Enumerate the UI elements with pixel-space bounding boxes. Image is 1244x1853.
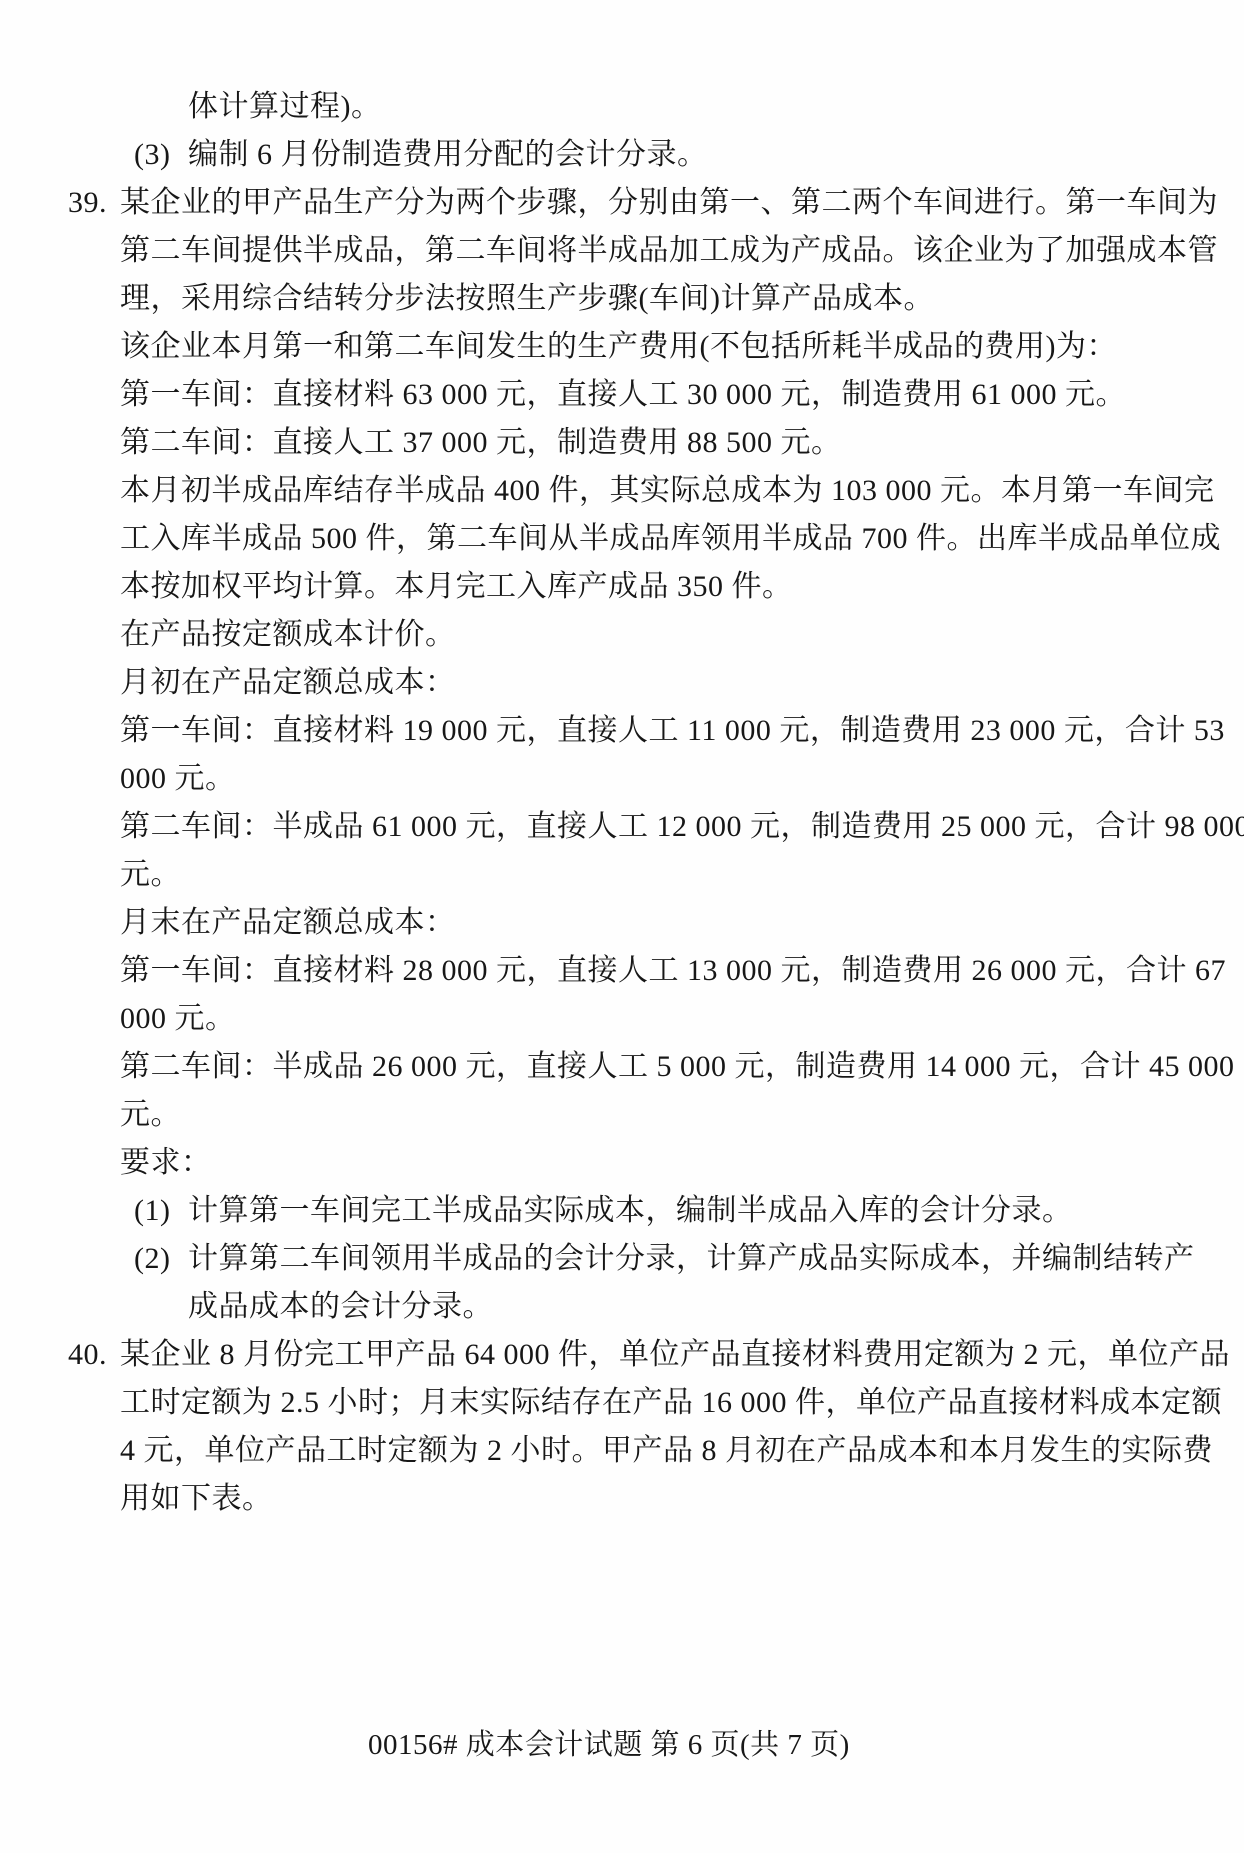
line-text: 理，采用综合结转分步法按照生产步骤(车间)计算产品成本。 [120, 282, 934, 315]
line-text: 元。 [120, 858, 181, 891]
text-line: 000 元。 [0, 755, 1244, 803]
text-line: 000 元。 [0, 995, 1244, 1043]
line-text: 第二车间：直接人工 37 000 元，制造费用 88 500 元。 [120, 426, 842, 459]
line-text: 编制 6 月份制造费用分配的会计分录。 [188, 138, 708, 171]
line-text: 计算第一车间完工半成品实际成本，编制半成品入库的会计分录。 [188, 1194, 1073, 1227]
line-text: 000 元。 [120, 1002, 236, 1035]
line-text: 第二车间：半成品 61 000 元，直接人工 12 000 元，制造费用 25 … [120, 810, 1244, 843]
text-line: 在产品按定额成本计价。 [0, 611, 1244, 659]
exam-page: 体计算过程)。(3)编制 6 月份制造费用分配的会计分录。39.某企业的甲产品生… [0, 0, 1244, 1853]
line-text: 工入库半成品 500 件，第二车间从半成品库领用半成品 700 件。出库半成品单… [120, 522, 1221, 555]
line-text: 第一车间：直接材料 19 000 元，直接人工 11 000 元，制造费用 23… [120, 714, 1225, 747]
line-text: 工时定额为 2.5 小时；月末实际结存在产品 16 000 件，单位产品直接材料… [120, 1386, 1222, 1419]
sub-item-number: (2) [134, 1235, 188, 1283]
line-text: 某企业的甲产品生产分为两个步骤，分别由第一、第二两个车间进行。第一车间为 [120, 186, 1218, 219]
text-line: 本按加权平均计算。本月完工入库产成品 350 件。 [0, 563, 1244, 611]
text-line: 用如下表。 [0, 1475, 1244, 1523]
text-line: 第二车间：直接人工 37 000 元，制造费用 88 500 元。 [0, 419, 1244, 467]
text-line: 39.某企业的甲产品生产分为两个步骤，分别由第一、第二两个车间进行。第一车间为 [0, 179, 1244, 227]
text-line: 第一车间：直接材料 19 000 元，直接人工 11 000 元，制造费用 23… [0, 707, 1244, 755]
line-text: 要求： [120, 1146, 212, 1179]
text-line: (1)计算第一车间完工半成品实际成本，编制半成品入库的会计分录。 [0, 1187, 1244, 1235]
text-line: 该企业本月第一和第二车间发生的生产费用(不包括所耗半成品的费用)为： [0, 323, 1244, 371]
text-line: 40.某企业 8 月份完工甲产品 64 000 件，单位产品直接材料费用定额为 … [0, 1331, 1244, 1379]
text-line: 4 元，单位产品工时定额为 2 小时。甲产品 8 月初在产品成本和本月发生的实际… [0, 1427, 1244, 1475]
text-line: 要求： [0, 1139, 1244, 1187]
text-line: 理，采用综合结转分步法按照生产步骤(车间)计算产品成本。 [0, 275, 1244, 323]
text-line: 第一车间：直接材料 63 000 元，直接人工 30 000 元，制造费用 61… [0, 371, 1244, 419]
text-line: 月末在产品定额总成本： [0, 899, 1244, 947]
text-line: (2)计算第二车间领用半成品的会计分录，计算产成品实际成本，并编制结转产 [0, 1235, 1244, 1283]
line-text: 本按加权平均计算。本月完工入库产成品 350 件。 [120, 570, 793, 603]
line-text: 月初在产品定额总成本： [120, 666, 456, 699]
question-number: 40. [68, 1331, 120, 1379]
line-text: 本月初半成品库结存半成品 400 件，其实际总成本为 103 000 元。本月第… [120, 474, 1215, 507]
line-text: 体计算过程)。 [188, 90, 382, 123]
line-text: 成品成本的会计分录。 [188, 1290, 493, 1323]
text-line: (3)编制 6 月份制造费用分配的会计分录。 [0, 131, 1244, 179]
page-footer: 00156# 成本会计试题 第 6 页(共 7 页) [368, 1721, 850, 1769]
text-line: 第一车间：直接材料 28 000 元，直接人工 13 000 元，制造费用 26… [0, 947, 1244, 995]
line-text: 该企业本月第一和第二车间发生的生产费用(不包括所耗半成品的费用)为： [120, 330, 1117, 363]
text-line: 工时定额为 2.5 小时；月末实际结存在产品 16 000 件，单位产品直接材料… [0, 1379, 1244, 1427]
line-text: 第二车间提供半成品，第二车间将半成品加工成为产成品。该企业为了加强成本管 [120, 234, 1218, 267]
text-line: 体计算过程)。 [0, 83, 1244, 131]
line-text: 000 元。 [120, 762, 236, 795]
line-text: 4 元，单位产品工时定额为 2 小时。甲产品 8 月初在产品成本和本月发生的实际… [120, 1434, 1213, 1467]
line-text: 第二车间：半成品 26 000 元，直接人工 5 000 元，制造费用 14 0… [120, 1050, 1235, 1083]
line-text: 第一车间：直接材料 63 000 元，直接人工 30 000 元，制造费用 61… [120, 378, 1126, 411]
text-line: 第二车间：半成品 26 000 元，直接人工 5 000 元，制造费用 14 0… [0, 1043, 1244, 1091]
text-line: 元。 [0, 1091, 1244, 1139]
line-text: 计算第二车间领用半成品的会计分录，计算产成品实际成本，并编制结转产 [188, 1242, 1195, 1275]
line-text: 某企业 8 月份完工甲产品 64 000 件，单位产品直接材料费用定额为 2 元… [120, 1338, 1230, 1371]
text-line: 元。 [0, 851, 1244, 899]
sub-item-number: (3) [134, 131, 188, 179]
text-line: 第二车间：半成品 61 000 元，直接人工 12 000 元，制造费用 25 … [0, 803, 1244, 851]
text-line: 月初在产品定额总成本： [0, 659, 1244, 707]
text-line: 成品成本的会计分录。 [0, 1283, 1244, 1331]
line-text: 月末在产品定额总成本： [120, 906, 456, 939]
question-number: 39. [68, 179, 120, 227]
text-line: 工入库半成品 500 件，第二车间从半成品库领用半成品 700 件。出库半成品单… [0, 515, 1244, 563]
line-text: 在产品按定额成本计价。 [120, 618, 456, 651]
question-text-block: 体计算过程)。(3)编制 6 月份制造费用分配的会计分录。39.某企业的甲产品生… [0, 83, 1244, 1523]
line-text: 元。 [120, 1098, 181, 1131]
line-text: 用如下表。 [120, 1482, 273, 1515]
sub-item-number: (1) [134, 1187, 188, 1235]
text-line: 本月初半成品库结存半成品 400 件，其实际总成本为 103 000 元。本月第… [0, 467, 1244, 515]
line-text: 第一车间：直接材料 28 000 元，直接人工 13 000 元，制造费用 26… [120, 954, 1226, 987]
text-line: 第二车间提供半成品，第二车间将半成品加工成为产成品。该企业为了加强成本管 [0, 227, 1244, 275]
